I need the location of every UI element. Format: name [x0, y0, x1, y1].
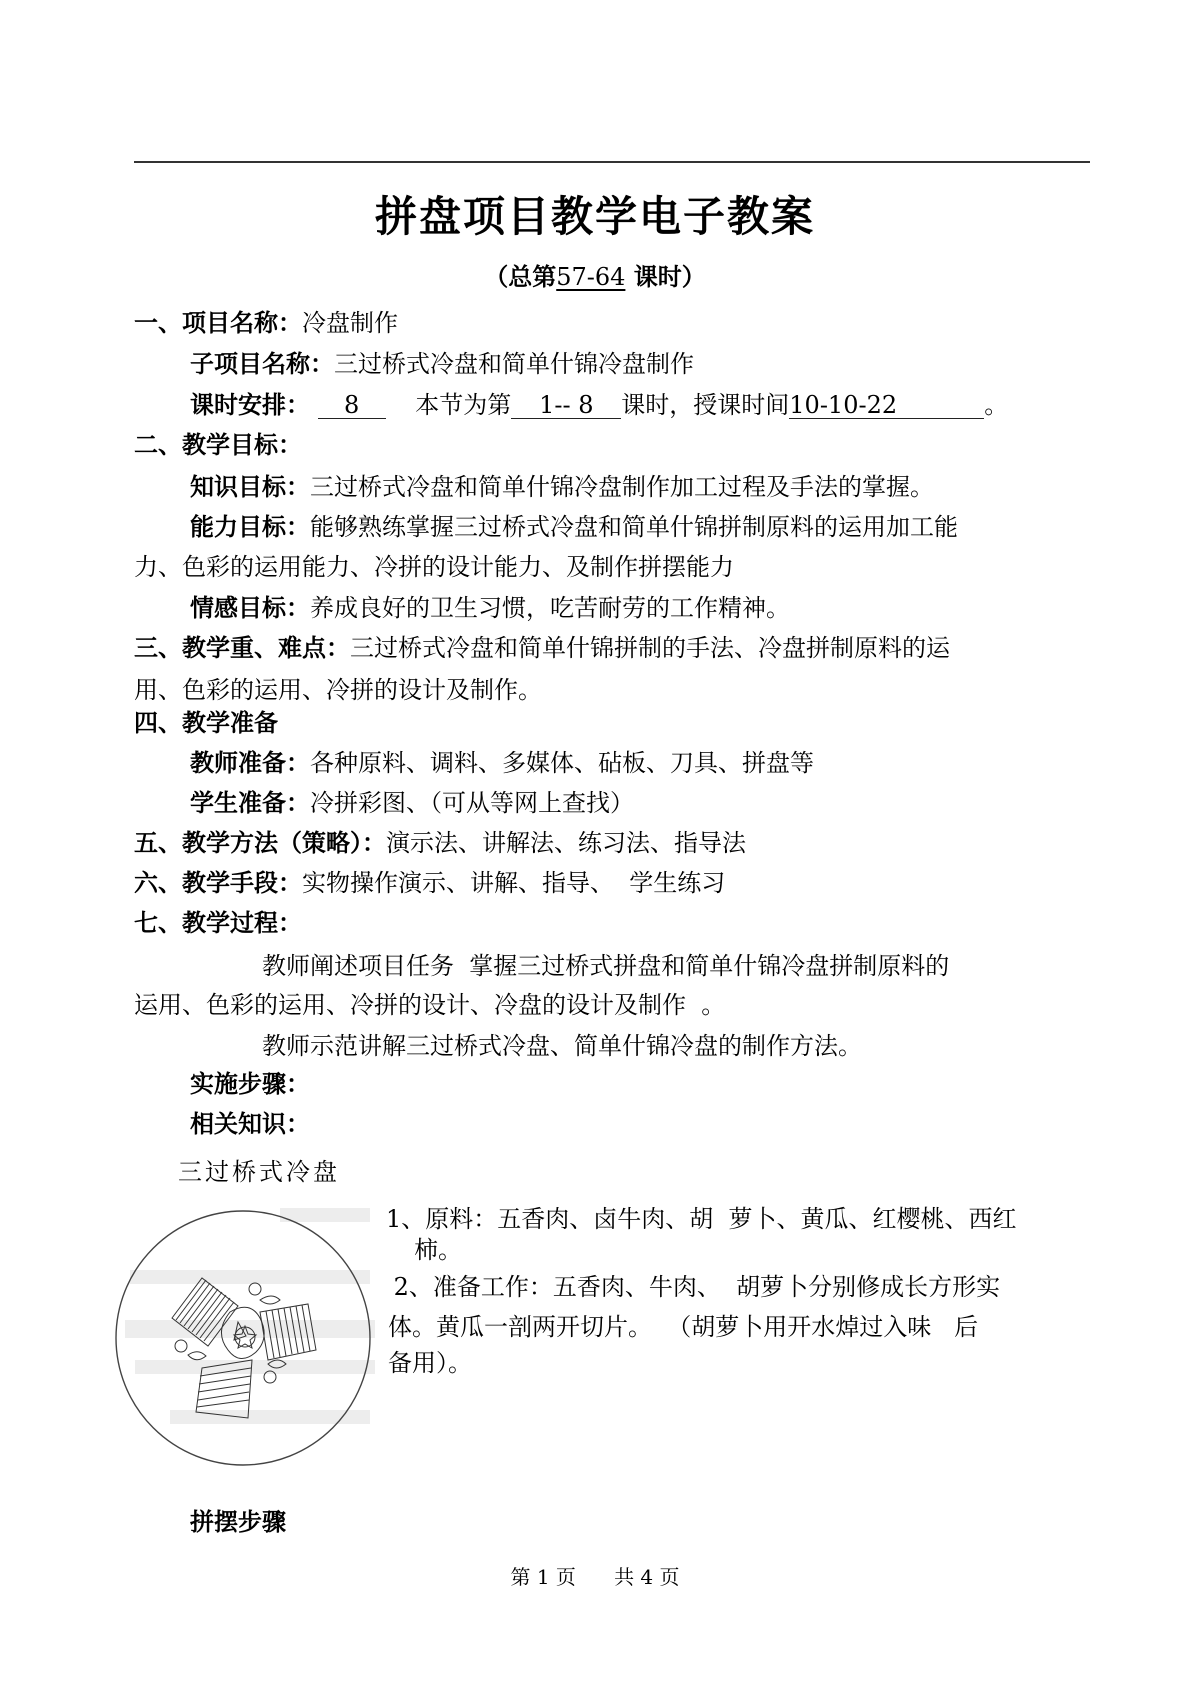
- ingredients-line1: 1、原料：五香肉、卤牛肉、胡 萝卜、黄瓜、红樱桃、西红: [386, 1204, 1017, 1234]
- schedule-range: 1-- 8: [511, 392, 621, 419]
- teacher-prep-value: 各种原料、调料、多媒体、砧板、刀具、拼盘等: [310, 749, 814, 777]
- project-name-value: 冷盘制作: [302, 309, 398, 337]
- document-subtitle: （总第57-64 课时）: [0, 257, 1190, 292]
- schedule-end: 。: [984, 391, 1008, 419]
- schedule-row: 课时安排： 8 本节为第1-- 8课时，授课时间10-10-22。: [190, 390, 1008, 420]
- ability-objective-label: 能力目标：: [190, 513, 310, 541]
- key-points-label: 三、教学重、难点：: [134, 634, 350, 662]
- emotion-objective-label: 情感目标：: [190, 594, 310, 622]
- ability-objective-continued: 力、色彩的运用能力、冷拼的设计能力、及制作拼摆能力: [134, 552, 734, 582]
- key-points-continued: 用、色彩的运用、冷拼的设计及制作。: [134, 675, 542, 705]
- ability-objective-value: 能够熟练掌握三过桥式冷盘和简单什锦拼制原料的运用加工能: [310, 513, 958, 541]
- subtitle-suffix: 课时）: [634, 262, 706, 291]
- knowledge-objective-row: 知识目标：三过桥式冷盘和简单什锦冷盘制作加工过程及手法的掌握。: [190, 472, 934, 502]
- subtitle-prefix: （总第: [484, 262, 556, 291]
- subproject-value: 三过桥式冷盘和简单什锦冷盘制作: [334, 350, 694, 378]
- schedule-mid2: 课时，授课时间: [621, 391, 789, 419]
- means-label: 六、教学手段：: [134, 869, 302, 897]
- preparation-heading: 四、教学准备: [134, 708, 278, 738]
- total-hours-value: 57-64: [556, 263, 625, 291]
- key-points-value: 三过桥式冷盘和简单什锦拼制的手法、冷盘拼制原料的运: [350, 634, 950, 662]
- preparation-line2: 体。黄瓜一剖两开切片。 （胡萝卜用开水焯过入味 后: [388, 1312, 978, 1342]
- teacher-prep-row: 教师准备：各种原料、调料、多媒体、砧板、刀具、拼盘等: [190, 748, 814, 778]
- document-title: 拼盘项目教学电子教案: [0, 184, 1190, 244]
- means-row: 六、教学手段：实物操作演示、讲解、指导、 学生练习: [134, 868, 725, 898]
- arrangement-steps-label: 拼摆步骤: [190, 1507, 286, 1537]
- knowledge-objective-value: 三过桥式冷盘和简单什锦冷盘制作加工过程及手法的掌握。: [310, 473, 934, 501]
- student-prep-value: 冷拼彩图、（可从等网上查找）: [310, 789, 634, 817]
- subproject-label: 子项目名称：: [190, 350, 334, 378]
- means-value: 实物操作演示、讲解、指导、 学生练习: [302, 869, 725, 897]
- header-rule: [134, 161, 1090, 163]
- plate-illustration: [110, 1200, 380, 1470]
- process-para2: 教师示范讲解三过桥式冷盘、简单什锦冷盘的制作方法。: [262, 1031, 862, 1061]
- project-name-label: 一、项目名称：: [134, 309, 302, 337]
- preparation-line1: 2、准备工作：五香肉、牛肉、 胡萝卜分别修成长方形实: [386, 1272, 1000, 1302]
- process-para1-line1: 教师阐述项目任务 掌握三过桥式拼盘和简单什锦冷盘拼制原料的: [262, 951, 949, 981]
- page-footer: 第 1 页 共 4 页: [0, 1561, 1190, 1590]
- steps-label: 实施步骤：: [190, 1069, 310, 1099]
- ingredients-line2: 柿。: [414, 1235, 462, 1265]
- methods-value: 演示法、讲解法、练习法、指导法: [386, 829, 746, 857]
- related-knowledge-label: 相关知识：: [190, 1109, 310, 1139]
- methods-label: 五、教学方法（策略）：: [134, 829, 386, 857]
- student-prep-label: 学生准备：: [190, 789, 310, 817]
- objectives-heading: 二、教学目标：: [134, 430, 302, 460]
- teacher-prep-label: 教师准备：: [190, 749, 310, 777]
- process-heading: 七、教学过程：: [134, 908, 302, 938]
- emotion-objective-value: 养成良好的卫生习惯，吃苦耐劳的工作精神。: [310, 594, 790, 622]
- preparation-line3: 备用）。: [388, 1348, 472, 1378]
- process-para1-line2: 运用、色彩的运用、冷拼的设计、冷盘的设计及制作 。: [134, 990, 725, 1020]
- methods-row: 五、教学方法（策略）：演示法、讲解法、练习法、指导法: [134, 828, 746, 858]
- schedule-label: 课时安排：: [190, 391, 310, 419]
- schedule-mid: 本节为第: [415, 391, 511, 419]
- emotion-objective-row: 情感目标：养成良好的卫生习惯，吃苦耐劳的工作精神。: [190, 593, 790, 623]
- schedule-hours: 8: [318, 392, 386, 419]
- student-prep-row: 学生准备：冷拼彩图、（可从等网上查找）: [190, 788, 634, 818]
- knowledge-objective-label: 知识目标：: [190, 473, 310, 501]
- key-points-row: 三、教学重、难点：三过桥式冷盘和简单什锦拼制的手法、冷盘拼制原料的运: [134, 633, 950, 663]
- dish-name: 三过桥式冷盘: [178, 1157, 340, 1187]
- cold-platter-diagram-icon: [110, 1200, 380, 1470]
- ability-objective-row: 能力目标：能够熟练掌握三过桥式冷盘和简单什锦拼制原料的运用加工能: [190, 512, 958, 542]
- project-name-row: 一、项目名称：冷盘制作: [134, 308, 398, 338]
- subproject-row: 子项目名称：三过桥式冷盘和简单什锦冷盘制作: [190, 349, 694, 379]
- schedule-date: 10-10-22: [789, 392, 984, 419]
